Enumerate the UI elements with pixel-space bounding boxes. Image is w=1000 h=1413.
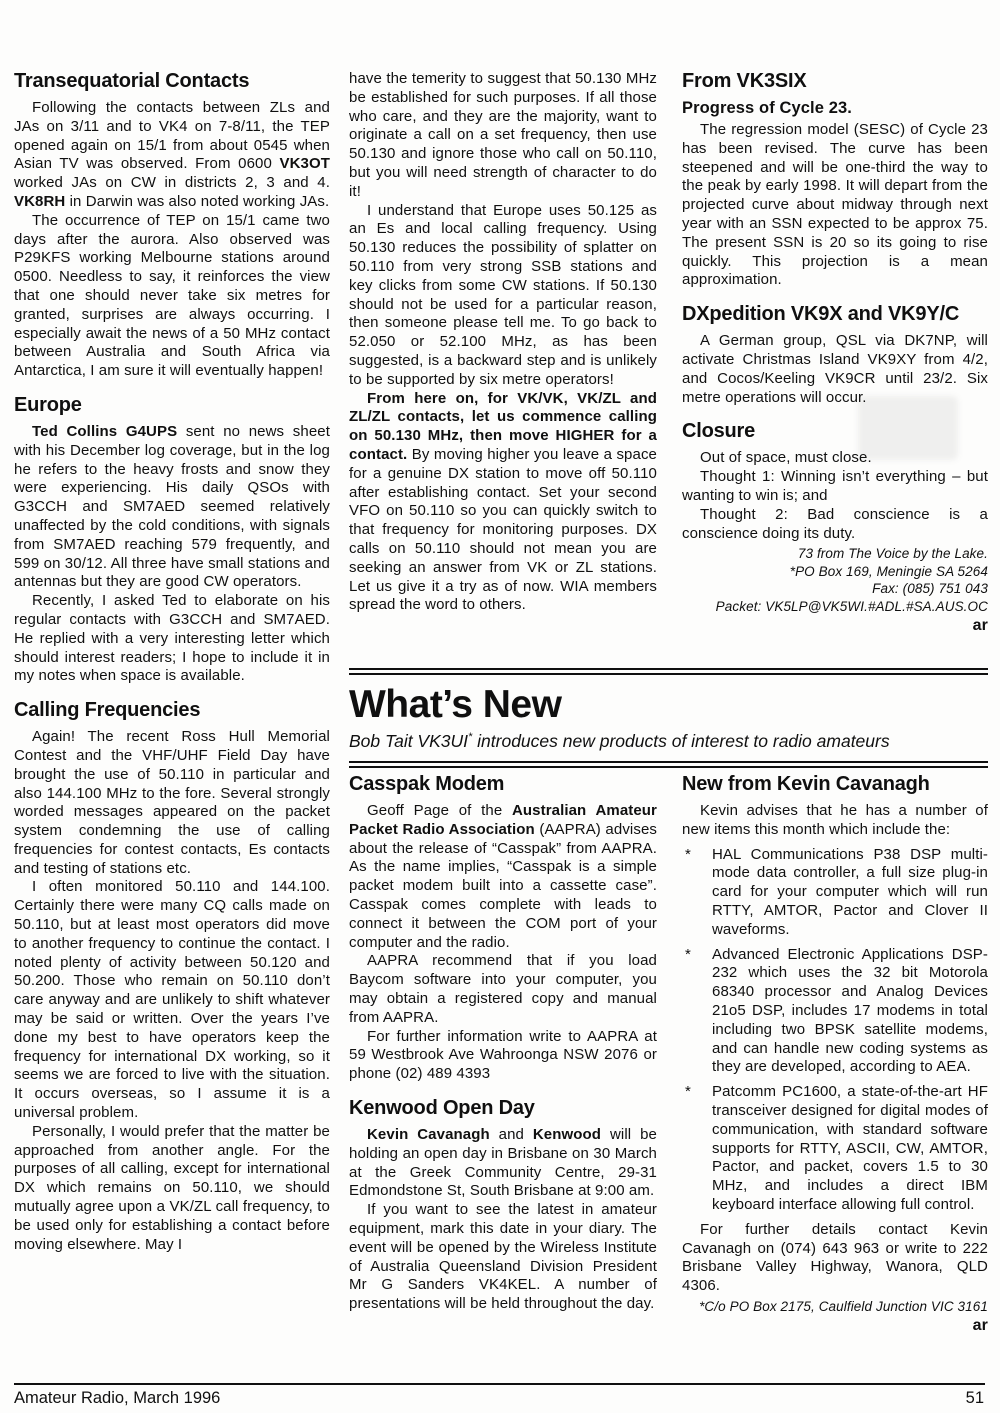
credit-line: 73 from The Voice by the Lake. bbox=[682, 545, 988, 563]
whats-new-column-left: Casspak ModemGeoff Page of the Australia… bbox=[349, 773, 657, 1314]
magazine-page: Transequatorial ContactsFollowing the co… bbox=[0, 0, 1000, 1413]
bullet-marker: * bbox=[685, 1083, 691, 1102]
paragraph: If you want to see the latest in amateur… bbox=[349, 1201, 657, 1314]
body-text: have the temerity to suggest that 50.130… bbox=[349, 70, 657, 200]
credit-line: Fax: (085) 751 043 bbox=[682, 580, 988, 598]
double-rule-bottom bbox=[349, 761, 988, 768]
column-middle: have the temerity to suggest that 50.130… bbox=[349, 70, 657, 615]
bullet-item: *HAL Communications P38 DSP multi-mode d… bbox=[682, 846, 988, 940]
credit-line: Packet: VK5LP@VK5WI.#ADL.#SA.AUS.OC bbox=[682, 598, 988, 616]
body-text: For further information write to AAPRA a… bbox=[349, 1028, 657, 1083]
footer-journal-title: Amateur Radio, March 1996 bbox=[14, 1389, 220, 1408]
bold-text: VK3OT bbox=[279, 155, 330, 172]
paragraph: Kevin advises that he has a number of ne… bbox=[682, 802, 988, 840]
bullet-text: HAL Communications P38 DSP multi-mode da… bbox=[712, 846, 988, 940]
bold-text: VK8RH bbox=[14, 193, 65, 210]
body-text: in Darwin was also noted working JAs. bbox=[65, 193, 329, 210]
whats-new-header: What’s New Bob Tait VK3UI* introduces ne… bbox=[349, 668, 988, 768]
body-text: (AAPRA) advises about the release of “Ca… bbox=[349, 821, 657, 951]
credit-block: 73 from The Voice by the Lake.*PO Box 16… bbox=[682, 545, 988, 615]
bullet-item: *Advanced Electronic Applications DSP-23… bbox=[682, 946, 988, 1078]
double-rule-top bbox=[349, 668, 988, 675]
author-initials: ar bbox=[682, 1316, 988, 1335]
paragraph: AAPRA recommend that if you load Baycom … bbox=[349, 952, 657, 1027]
body-text: Kevin advises that he has a number of ne… bbox=[682, 802, 988, 838]
body-text: The occurrence of TEP on 15/1 came two d… bbox=[14, 212, 330, 379]
body-text: Thought 1: Winning isn’t everything – bu… bbox=[682, 468, 988, 504]
bullet-text: Advanced Electronic Applications DSP-232… bbox=[712, 946, 988, 1078]
body-text: I often monitored 50.110 and 144.100. Ce… bbox=[14, 878, 330, 1121]
bold-text: Kevin Cavanagh bbox=[367, 1126, 490, 1143]
paragraph: Personally, I would prefer that the matt… bbox=[14, 1123, 330, 1255]
paragraph: From here on, for VK/VK, VK/ZL and ZL/ZL… bbox=[349, 390, 657, 616]
section-heading: New from Kevin Cavanagh bbox=[682, 773, 988, 795]
footer-page-number: 51 bbox=[966, 1389, 984, 1408]
column-right: From VK3SIXProgress of Cycle 23.The regr… bbox=[682, 70, 988, 635]
body-text: A German group, QSL via DK7NP, will acti… bbox=[682, 332, 988, 405]
whats-new-subtitle: Bob Tait VK3UI* introduces new products … bbox=[349, 727, 988, 751]
body-text: sent no news sheet with his December log… bbox=[14, 423, 330, 590]
whats-new-title: What’s New bbox=[349, 684, 988, 726]
paragraph: Thought 2: Bad conscience is a conscienc… bbox=[682, 506, 988, 544]
paragraph: Recently, I asked Ted to elaborate on hi… bbox=[14, 592, 330, 686]
body-text: For further details contact Kevin Cavana… bbox=[682, 1221, 988, 1294]
paragraph: Following the contacts between ZLs and J… bbox=[14, 99, 330, 212]
bullet-marker: * bbox=[685, 946, 691, 965]
section-heading: From VK3SIX bbox=[682, 70, 988, 92]
section-heading: Calling Frequencies bbox=[14, 699, 330, 721]
credit-line: *PO Box 169, Meningie SA 5264 bbox=[682, 563, 988, 581]
sub-heading: Progress of Cycle 23. bbox=[682, 99, 988, 118]
body-text: AAPRA recommend that if you load Baycom … bbox=[349, 952, 657, 1025]
body-text: Personally, I would prefer that the matt… bbox=[14, 1123, 330, 1253]
footer-rule bbox=[14, 1383, 985, 1385]
paragraph: Again! The recent Ross Hull Memorial Con… bbox=[14, 728, 330, 878]
bold-text: Ted Collins G4UPS bbox=[32, 423, 177, 440]
body-text: If you want to see the latest in amateur… bbox=[349, 1201, 657, 1312]
subtitle-tagline: introduces new products of interest to r… bbox=[472, 731, 889, 751]
paragraph: For further details contact Kevin Cavana… bbox=[682, 1221, 988, 1296]
body-text: Patcomm PC1600, a state-of-the-art HF tr… bbox=[712, 1083, 988, 1213]
section-heading: Casspak Modem bbox=[349, 773, 657, 795]
whats-new-column-right: New from Kevin CavanaghKevin advises tha… bbox=[682, 773, 988, 1335]
paragraph: have the temerity to suggest that 50.130… bbox=[349, 70, 657, 202]
body-text: and bbox=[490, 1126, 533, 1143]
bullet-item: *Patcomm PC1600, a state-of-the-art HF t… bbox=[682, 1083, 988, 1215]
body-text: Thought 2: Bad conscience is a conscienc… bbox=[682, 506, 988, 542]
credit-block: *C/o PO Box 2175, Caulfield Junction VIC… bbox=[682, 1298, 988, 1316]
paragraph: Thought 1: Winning isn’t everything – bu… bbox=[682, 468, 988, 506]
paragraph: Geoff Page of the Australian Amateur Pac… bbox=[349, 802, 657, 952]
bullet-marker: * bbox=[685, 846, 691, 865]
body-text: By moving higher you leave a space for a… bbox=[349, 446, 657, 613]
body-text: Advanced Electronic Applications DSP-232… bbox=[712, 946, 988, 1076]
body-text: Geoff Page of the bbox=[367, 802, 512, 819]
paragraph: The regression model (SESC) of Cycle 23 … bbox=[682, 121, 988, 290]
paragraph: Ted Collins G4UPS sent no news sheet wit… bbox=[14, 423, 330, 592]
paragraph: The occurrence of TEP on 15/1 came two d… bbox=[14, 212, 330, 381]
section-heading: Kenwood Open Day bbox=[349, 1097, 657, 1119]
scan-smudge bbox=[858, 396, 958, 460]
body-text: The regression model (SESC) of Cycle 23 … bbox=[682, 121, 988, 288]
body-text: I understand that Europe uses 50.125 as … bbox=[349, 202, 657, 388]
section-heading: Transequatorial Contacts bbox=[14, 70, 330, 92]
section-heading: DXpedition VK9X and VK9Y/C bbox=[682, 303, 988, 325]
body-text: Out of space, must close. bbox=[700, 449, 872, 466]
subtitle-author: Bob Tait VK3UI bbox=[349, 731, 468, 751]
body-text: HAL Communications P38 DSP multi-mode da… bbox=[712, 846, 988, 938]
author-initials: ar bbox=[682, 616, 988, 635]
paragraph: I understand that Europe uses 50.125 as … bbox=[349, 202, 657, 390]
paragraph: For further information write to AAPRA a… bbox=[349, 1028, 657, 1084]
body-text: Again! The recent Ross Hull Memorial Con… bbox=[14, 728, 330, 877]
paragraph: I often monitored 50.110 and 144.100. Ce… bbox=[14, 878, 330, 1122]
paragraph: Kevin Cavanagh and Kenwood will be holdi… bbox=[349, 1126, 657, 1201]
column-left: Transequatorial ContactsFollowing the co… bbox=[14, 70, 330, 1254]
bullet-text: Patcomm PC1600, a state-of-the-art HF tr… bbox=[712, 1083, 988, 1215]
credit-line: *C/o PO Box 2175, Caulfield Junction VIC… bbox=[682, 1298, 988, 1316]
body-text: Recently, I asked Ted to elaborate on hi… bbox=[14, 592, 330, 684]
bold-text: Kenwood bbox=[533, 1126, 601, 1143]
section-heading: Europe bbox=[14, 394, 330, 416]
body-text: worked JAs on CW in districts 2, 3 and 4… bbox=[14, 174, 330, 191]
